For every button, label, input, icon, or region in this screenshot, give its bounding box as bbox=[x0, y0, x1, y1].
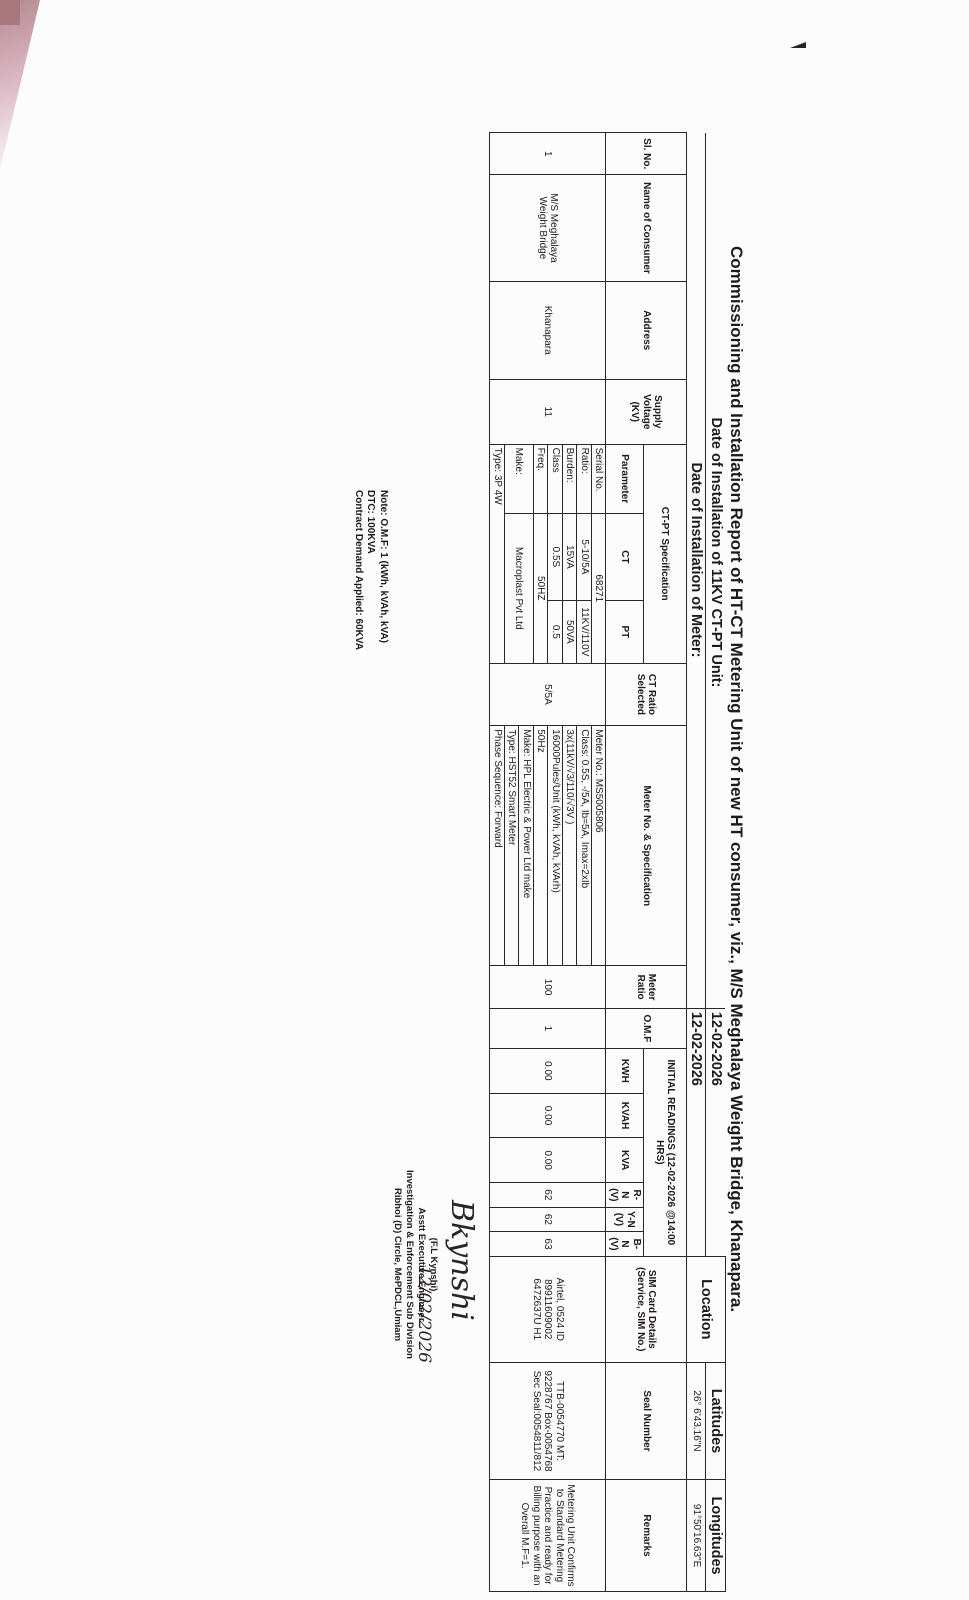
meter-line: Make: HPL Electric & Power Ltd make bbox=[519, 726, 534, 966]
param-pt: 50VA bbox=[562, 601, 577, 664]
cell-name: M/S Meghalaya Weight Bridge bbox=[490, 175, 606, 281]
cell-rn: 62 bbox=[490, 1183, 606, 1208]
param-type: Type: 3P 4W bbox=[490, 444, 505, 663]
cell-remarks: Metering Unit Confirms to Standard Meter… bbox=[490, 1480, 606, 1592]
param-label: Class bbox=[548, 444, 563, 513]
col-ct-ratio: CT Ratio Selected bbox=[606, 663, 687, 726]
meter-line: 50Hz bbox=[533, 726, 548, 966]
col-name: Name of Consumer bbox=[606, 175, 687, 281]
meter-line: Class: 0.5S, -/5A, Ib=5A, Imax=2xIb bbox=[577, 726, 592, 966]
cell-sim: Airtel, 0524 ID 89911609002 6472637U H1 bbox=[490, 1256, 606, 1362]
note-omf: Note: O.M.F: 1 (kWh, kVAh, kVA) bbox=[377, 490, 390, 650]
cell-address: Khanapara bbox=[490, 281, 606, 379]
report-title: Commissioning and Installation Report of… bbox=[726, 246, 746, 1600]
col-seal: Seal Number bbox=[606, 1362, 687, 1479]
cell-seal: TTB-0054770 MT: 9228767 Box-0054768 Sec … bbox=[490, 1362, 606, 1479]
col-pt: PT bbox=[606, 601, 644, 664]
param-ct: 0.5S bbox=[548, 513, 563, 600]
meter-date-label: Date of Installation of Meter: bbox=[688, 463, 704, 658]
punch-mark bbox=[790, 42, 806, 48]
report-sheet: Commissioning and Installation Report of… bbox=[314, 40, 734, 1600]
cell-sl-no: 1 bbox=[490, 133, 606, 175]
signature-scrawl: Bkynshi bbox=[444, 1200, 479, 1321]
col-omf: O.M.F bbox=[606, 1008, 687, 1048]
col-initial-readings: INITIAL READINGS (12-02-2026 @14:00 HRS) bbox=[643, 1049, 686, 1257]
col-kva: KVA bbox=[606, 1138, 644, 1183]
col-kvah: KVAH bbox=[606, 1093, 644, 1138]
scan-edge-shadow bbox=[0, 0, 40, 170]
meter-date-value: 12-02-2026 bbox=[688, 1012, 704, 1086]
signatory-name: (F.L Kynshi) bbox=[427, 1170, 439, 1359]
col-kwh: KWH bbox=[606, 1049, 644, 1094]
longitude-label: Longitudes bbox=[706, 1480, 726, 1592]
cell-meter-ratio: 100 bbox=[490, 966, 606, 1008]
col-sl-no: Sl. No. bbox=[606, 133, 687, 175]
cell-kwh: 0.00 bbox=[490, 1049, 606, 1094]
cell-ct-ratio: 5/5A bbox=[490, 663, 606, 726]
longitude-value: 91°50'16.63"E bbox=[686, 1480, 706, 1592]
report-table: Date of Installation of 11KV CT-PT Unit:… bbox=[489, 132, 726, 1592]
meter-line: 3x(11kV/√3/110/√3V ) bbox=[562, 726, 577, 966]
param-label: Burden: bbox=[562, 444, 577, 513]
cell-omf: 1 bbox=[490, 1008, 606, 1048]
col-voltage: Supply Voltage (KV) bbox=[606, 379, 687, 444]
cell-kvah: 0.00 bbox=[490, 1093, 606, 1138]
param-label: Freq. bbox=[533, 444, 548, 513]
note-contract-demand: Contract Demand Applied: 60KVA bbox=[352, 490, 365, 650]
col-remarks: Remarks bbox=[606, 1480, 687, 1592]
column-header-row-1: Sl. No. Name of Consumer Address Supply … bbox=[643, 133, 686, 1592]
scan-corner bbox=[0, 0, 20, 25]
header-row-meter-date: Date of Installation of Meter: 12-02-202… bbox=[686, 133, 706, 1592]
param-ct: 15VA bbox=[562, 513, 577, 600]
meter-line: Phase Sequence: Forward bbox=[490, 726, 505, 966]
param-label: Ratio: bbox=[577, 444, 592, 513]
cell-yn: 62 bbox=[490, 1207, 606, 1232]
param-pt: 11KV/110V bbox=[577, 601, 592, 664]
latitude-label: Latitudes bbox=[706, 1362, 726, 1479]
meter-line: Meter No.: MS5005806 bbox=[591, 726, 606, 966]
cell-bn: 63 bbox=[490, 1232, 606, 1257]
col-yn: Y-N (V) bbox=[606, 1207, 644, 1232]
ctpt-date-label: Date of Installation of 11KV CT-PT Unit: bbox=[708, 418, 724, 688]
meter-line: 16000Pules/Unit (kWh, kVAh, kVArh) bbox=[548, 726, 563, 966]
param-pt: 0.5 bbox=[548, 601, 563, 664]
col-meter-ratio: Meter Ratio bbox=[606, 966, 687, 1008]
latitude-value: 26° 6'43.16"N bbox=[686, 1362, 706, 1479]
col-rn: R-N (V) bbox=[606, 1183, 644, 1208]
col-sim: SIM Card Details (Service, SIM No.) bbox=[606, 1256, 687, 1362]
cell-kva: 0.00 bbox=[490, 1138, 606, 1183]
col-ct: CT bbox=[606, 513, 644, 600]
signatory-block: (F.L Kynshi) Asstt Executive Engineer In… bbox=[392, 1170, 440, 1359]
signatory-designation: Asstt Executive Engineer bbox=[415, 1170, 427, 1359]
ctpt-date-value: 12-02-2026 bbox=[708, 1012, 724, 1086]
signatory-circle: Ribhoi (D) Circle, MePDCL,Umiam bbox=[392, 1170, 404, 1359]
param-value: 68271 bbox=[591, 513, 606, 663]
param-value: 50HZ bbox=[533, 513, 548, 663]
table-row: 1 M/S Meghalaya Weight Bridge Khanapara … bbox=[591, 133, 606, 1592]
notes-block: Note: O.M.F: 1 (kWh, kVAh, kVA) DTC: 100… bbox=[352, 490, 390, 650]
signatory-division: Investigation & Enforcement Sub Division bbox=[403, 1170, 415, 1359]
location-label: Location bbox=[686, 1256, 725, 1362]
param-label: Serial No. bbox=[591, 444, 606, 513]
param-label: Make: bbox=[504, 444, 533, 513]
col-parameter: Parameter bbox=[606, 444, 644, 513]
cell-voltage: 11 bbox=[490, 379, 606, 444]
note-dtc: DTC: 100KVA bbox=[364, 490, 377, 650]
meter-line: Type: HST52 Smart Meter bbox=[504, 726, 519, 966]
param-value: Macroplast Pvt Ltd bbox=[504, 513, 533, 663]
header-row-dates: Date of Installation of 11KV CT-PT Unit:… bbox=[706, 133, 726, 1592]
param-ct: 5-10/5A bbox=[577, 513, 592, 600]
col-bn: B-N (V) bbox=[606, 1232, 644, 1257]
col-ctpt-spec: CT-PT Specification bbox=[643, 444, 686, 663]
col-meter-spec: Meter No. & Specification bbox=[606, 726, 687, 966]
col-address: Address bbox=[606, 281, 687, 379]
